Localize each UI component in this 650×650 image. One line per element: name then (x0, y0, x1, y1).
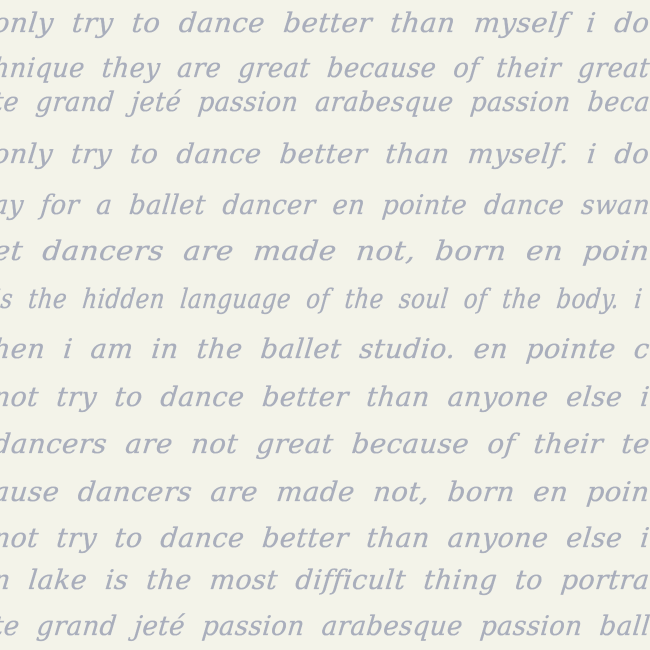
handwriting-line-text: only try to dance better than myself. i … (0, 139, 650, 170)
handwriting-line: dancers are not great because of their t… (0, 429, 650, 469)
handwriting-line: ay for a ballet dancer en pointe dance s… (0, 190, 650, 230)
handwriting-line-text: n lake is the most difficult thing to po… (0, 565, 650, 596)
handwriting-line: et dancers are made not, born en poin (0, 236, 650, 276)
handwriting-line-text: dancers are not great because of their t… (0, 429, 650, 460)
handwriting-line: is the hidden language of the soul of th… (0, 284, 650, 324)
handwriting-line: n lake is the most difficult thing to po… (0, 565, 650, 605)
handwriting-line-text: only try to dance better than myself i d… (0, 8, 650, 39)
handwriting-line-text: ay for a ballet dancer en pointe dance s… (0, 190, 650, 221)
handwriting-line-text: not try to dance better than anyone else… (0, 523, 650, 554)
handwriting-line-text: te grand jeté passion arabesque passion … (0, 611, 650, 642)
handwriting-line: hen i am in the ballet studio. en pointe… (0, 334, 650, 374)
handwriting-line: not try to dance better than anyone else… (0, 523, 650, 563)
handwriting-line-text: hen i am in the ballet studio. en pointe… (0, 334, 650, 365)
handwriting-line-text: et dancers are made not, born en poin (0, 236, 650, 267)
handwriting-line-text: is the hidden language of the soul of th… (0, 284, 650, 315)
handwriting-line: not try to dance better than anyone else… (0, 382, 650, 422)
handwriting-line: only try to dance better than myself. i … (0, 139, 650, 179)
handwriting-line-text: te grand jeté passion arabesque passion … (0, 87, 650, 118)
handwriting-line-text: hnique they are great because of their g… (0, 53, 650, 84)
handwriting-line-text: not try to dance better than anyone else… (0, 382, 650, 413)
handwriting-line: te grand jeté passion arabesque passion … (0, 611, 650, 650)
handwriting-line: only try to dance better than myself i d… (0, 8, 650, 48)
handwriting-line-text: ause dancers are made not, born en poin (0, 477, 650, 508)
handwriting-pattern: only try to dance better than myself i d… (0, 0, 650, 650)
handwriting-line: ause dancers are made not, born en poin (0, 477, 650, 517)
handwriting-line: te grand jeté passion arabesque passion … (0, 87, 650, 127)
